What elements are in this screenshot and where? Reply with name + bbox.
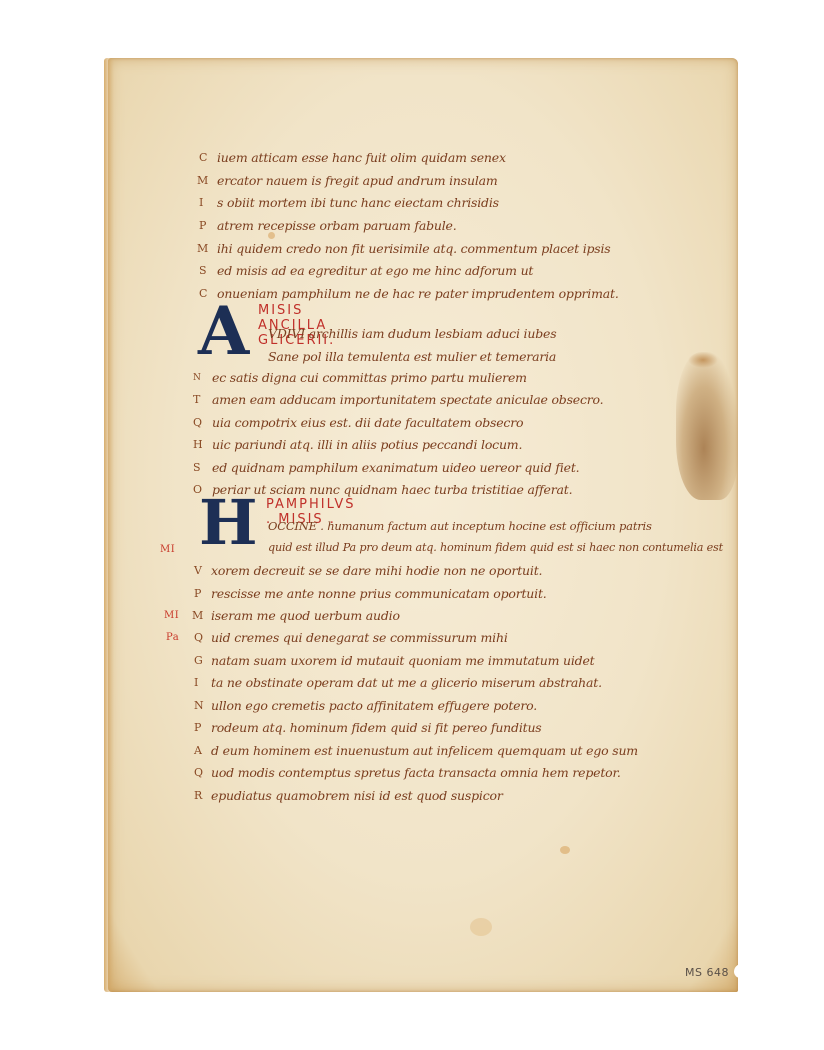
text-line: uic pariundi atq. illi in aliis potius p… (212, 437, 522, 452)
line-initial: I (199, 196, 211, 209)
parchment-hole (734, 964, 748, 978)
line-initial: Q (194, 766, 206, 779)
stain-spot (470, 918, 492, 936)
line-initial: P (194, 587, 206, 600)
text-line: rodeum atq. hominum fidem quid si fit pe… (211, 720, 542, 735)
text-line: uod modis contemptus spretus facta trans… (211, 765, 621, 780)
line-initial: G (194, 654, 206, 667)
text-line: ullon ego cremetis pacto affinitatem eff… (211, 698, 537, 713)
shelfmark-label: MS 648 (685, 966, 729, 979)
text-line: s obiit mortem ibi tunc hanc eiectam chr… (217, 195, 499, 210)
line-initial: I (194, 676, 206, 689)
line-initial: V (194, 564, 206, 577)
water-stain (676, 352, 738, 500)
line-initial: M (192, 609, 204, 622)
text-line: rescisse me ante nonne prius communicata… (211, 586, 547, 601)
decorated-initial-a: A (198, 298, 249, 364)
speaker-label: MI (164, 610, 179, 621)
line-initial: N (194, 699, 206, 712)
text-line: atrem recepisse orbam paruam fabule. (217, 218, 457, 233)
line-initial: R (194, 789, 206, 802)
text-line: d eum hominem est inuenustum aut infelic… (211, 743, 638, 758)
text-line: ec satis digna cui committas primo partu… (212, 370, 527, 385)
line-initial: P (199, 219, 211, 232)
line-initial: M (197, 242, 209, 255)
line-initial: H (193, 438, 205, 451)
line-initial: Q (193, 416, 205, 429)
text-line: ta ne obstinate operam dat ut me a glice… (211, 675, 602, 690)
text-line: onueniam pamphilum ne de hac re pater im… (217, 286, 619, 301)
line-initial: S (193, 461, 205, 474)
speaker-label: MI (160, 544, 175, 555)
line-initial: A (194, 744, 206, 757)
speaker-label: Pa (166, 632, 179, 643)
line-initial: T (193, 393, 205, 406)
text-line: amen eam adducam importunitatem spectate… (212, 392, 603, 407)
text-line: ed misis ad ea egreditur at ego me hinc … (217, 263, 533, 278)
decorated-initial-h: H (199, 492, 258, 554)
text-line: iuem atticam esse hanc fuit olim quidam … (217, 150, 506, 165)
text-line: epudiatus quamobrem nisi id est quod sus… (211, 788, 503, 803)
text-line: iseram me quod uerbum audio (211, 608, 400, 623)
stain-spot (560, 846, 570, 854)
line-initial: C (199, 151, 211, 164)
text-line: periar ut sciam nunc quidnam haec turba … (212, 482, 572, 497)
text-line: ihi quidem credo non fit uerisimile atq.… (217, 241, 611, 256)
text-line: Sane pol illa temulenta est mulier et te… (268, 349, 556, 364)
text-line: VDIVI archillis iam dudum lesbiam aduci … (268, 326, 556, 341)
text-line: ed quidnam pamphilum exanimatum uideo ue… (212, 460, 579, 475)
text-line: natam suam uxorem id mutauit quoniam me … (211, 653, 595, 668)
text-line: ercator nauem is fregit apud andrum insu… (217, 173, 498, 188)
text-line: uid cremes qui denegarat se commissurum … (211, 630, 508, 645)
line-initial: M (197, 174, 209, 187)
text-line: quid est illud Pa pro deum atq. hominum … (268, 541, 723, 554)
stain-spot (268, 232, 275, 239)
text-line: OCCINE . humanum factum aut inceptum hoc… (268, 519, 652, 533)
text-line: xorem decreuit se se dare mihi hodie non… (211, 563, 542, 578)
text-line: uia compotrix eius est. dii date faculta… (212, 415, 523, 430)
line-initial: N (193, 373, 205, 383)
line-initial: P (194, 721, 206, 734)
line-initial: S (199, 264, 211, 277)
line-initial: Q (194, 631, 206, 644)
